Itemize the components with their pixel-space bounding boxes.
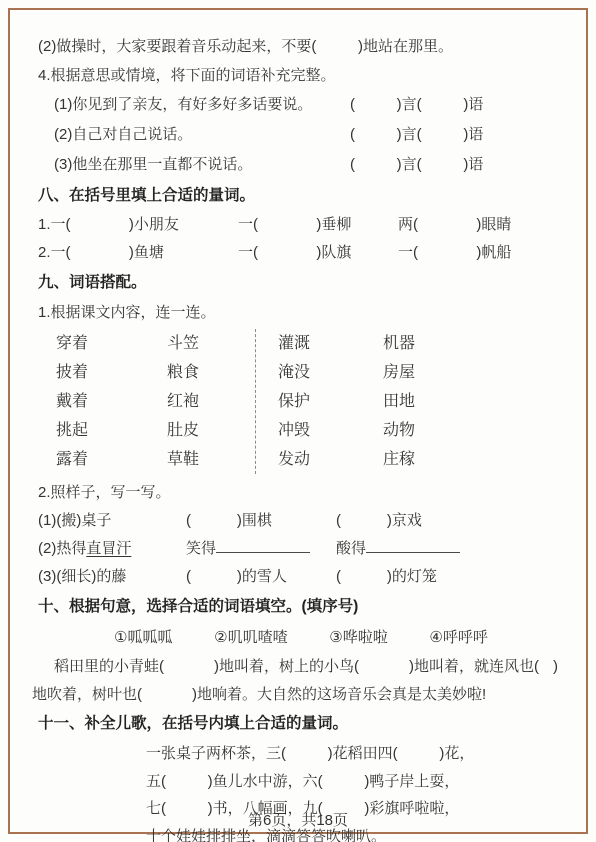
- question-7-4-item3: (3)他坐在那里一直都不说话。 ( )言( )语: [38, 150, 558, 180]
- worksheet-page: (2)做操时，大家要跟着音乐动起来，不要( )地站在那里。 4.根据意思或情境，…: [8, 8, 588, 834]
- match-word: 斗笠: [167, 329, 255, 358]
- section-9-q2-row2: (2)热得直冒汗 笑得 酸得: [38, 535, 558, 563]
- match-word: 冲毁: [278, 416, 383, 445]
- rhyme-line: 一张桌子两杯茶，三( )花稻田四( )花，: [146, 740, 558, 768]
- paragraph-line1: 稻田里的小青蛙( )地叫着，树上的小鸟( )地叫着，就连风也( ): [38, 653, 558, 681]
- write-blank: [216, 538, 310, 553]
- match-word: 穿着: [56, 329, 167, 358]
- section-8-row1: 1.一( )小朋友 一( )垂柳 两( )眼睛: [38, 211, 558, 239]
- fill-cell: ( )的灯笼: [336, 563, 558, 591]
- fill-cell: ( )的雪人: [186, 563, 336, 591]
- match-word: 露着: [56, 445, 167, 474]
- match-word: 披着: [56, 358, 167, 387]
- paragraph-text-tail: ): [553, 653, 558, 681]
- question-7-4-title: 4.根据意思或情境，将下面的词语补充完整。: [38, 61, 558, 90]
- match-word: 红袍: [167, 387, 255, 416]
- fill-blank-brackets: ( )言( )语: [350, 120, 558, 150]
- example-cell: (2)热得直冒汗: [38, 535, 186, 563]
- match-word: 肚皮: [167, 416, 255, 445]
- word-options: ①呱呱呱 ②叽叽喳喳 ③哗啦啦 ④呼呼呼: [38, 623, 558, 653]
- match-word: 戴着: [56, 387, 167, 416]
- matching-table-right: 灌溉 机器 淹没 房屋 保护 田地 冲毁 动物 发动 庄稼: [278, 329, 415, 474]
- matching-table-left: 穿着 斗笠 披着 粮食 戴着 红袍 挑起 肚皮 露着 草鞋: [56, 329, 255, 474]
- section-8-row2: 2.一( )鱼塘 一( )队旗 一( )帆船: [38, 239, 558, 267]
- fill-label: 酸得: [336, 540, 366, 557]
- match-word: 庄稼: [383, 445, 415, 474]
- match-word: 田地: [383, 387, 415, 416]
- match-word: 粮食: [167, 358, 255, 387]
- underlined-example: 直冒汗: [86, 540, 131, 557]
- fill-cell: ( )京戏: [336, 507, 558, 535]
- paragraph-line2: 地吹着，树叶也( )地响着。大自然的这场音乐会真是太美妙啦!: [32, 681, 558, 709]
- question-7-3-item2: (2)做操时，大家要跟着音乐动起来，不要( )地站在那里。: [38, 32, 558, 61]
- section-9-q2-row1: (1)(搬)桌子 ( )围棋 ( )京戏: [38, 507, 558, 535]
- item-text: (3)他坐在那里一直都不说话。: [54, 150, 252, 180]
- item-text: (2)自己对自己说话。: [54, 120, 192, 150]
- fill-cell: 笑得: [186, 535, 336, 563]
- match-word: 挑起: [56, 416, 167, 445]
- item-text: (1)你见到了亲友，有好多好多话要说。: [54, 90, 312, 120]
- section-10-paragraph: 稻田里的小青蛙( )地叫着，树上的小鸟( )地叫着，就连风也( ) 地吹着，树叶…: [38, 653, 558, 708]
- section-10-title: 十、根据句意，选择合适的词语填空。(填序号): [38, 592, 558, 622]
- section-9-q1-title: 1.根据课文内容，连一连。: [38, 298, 558, 327]
- question-7-4-item1: (1)你见到了亲友，有好多好多话要说。 ( )言( )语: [38, 90, 558, 120]
- fill-blank-brackets: ( )言( )语: [350, 150, 558, 180]
- section-9-title: 九、词语搭配。: [38, 268, 558, 298]
- quantifier-cell: 两( )眼睛: [398, 211, 558, 239]
- match-word: 灌溉: [278, 329, 383, 358]
- quantifier-cell: 1.一( )小朋友: [38, 211, 238, 239]
- match-word: 动物: [383, 416, 415, 445]
- fill-blank-brackets: ( )言( )语: [350, 90, 558, 120]
- example-prefix: (2)热得: [38, 540, 86, 557]
- section-11-title: 十一、补全儿歌，在括号内填上合适的量词。: [38, 709, 558, 739]
- matching-table: 穿着 斗笠 披着 粮食 戴着 红袍 挑起 肚皮 露着 草鞋 灌溉 机器 淹没 房…: [38, 329, 558, 474]
- example-cell: (3)(细长)的藤: [38, 563, 186, 591]
- fill-cell: 酸得: [336, 535, 558, 563]
- quantifier-cell: 2.一( )鱼塘: [38, 239, 238, 267]
- section-9-q2-row3: (3)(细长)的藤 ( )的雪人 ( )的灯笼: [38, 563, 558, 591]
- match-word: 发动: [278, 445, 383, 474]
- quantifier-cell: 一( )垂柳: [238, 211, 398, 239]
- match-word: 草鞋: [167, 445, 255, 474]
- paragraph-text: 稻田里的小青蛙( )地叫着，树上的小鸟( )地叫着，就连风也(: [54, 653, 539, 681]
- footer-page-number: 第6页，共18页: [0, 809, 596, 830]
- match-word: 淹没: [278, 358, 383, 387]
- section-8-title: 八、在括号里填上合适的量词。: [38, 181, 558, 211]
- example-cell: (1)(搬)桌子: [38, 507, 186, 535]
- rhyme-line: 五( )鱼儿水中游，六( )鸭子岸上耍，: [146, 768, 558, 796]
- fill-cell: ( )围棋: [186, 507, 336, 535]
- fill-label: 笑得: [186, 540, 216, 557]
- match-word: 房屋: [383, 358, 415, 387]
- match-word: 机器: [383, 329, 415, 358]
- question-7-4-item2: (2)自己对自己说话。 ( )言( )语: [38, 120, 558, 150]
- section-9-q2-title: 2.照样子，写一写。: [38, 478, 558, 507]
- quantifier-cell: 一( )帆船: [398, 239, 558, 267]
- column-divider: [255, 329, 256, 474]
- quantifier-cell: 一( )队旗: [238, 239, 398, 267]
- match-word: 保护: [278, 387, 383, 416]
- write-blank: [366, 538, 460, 553]
